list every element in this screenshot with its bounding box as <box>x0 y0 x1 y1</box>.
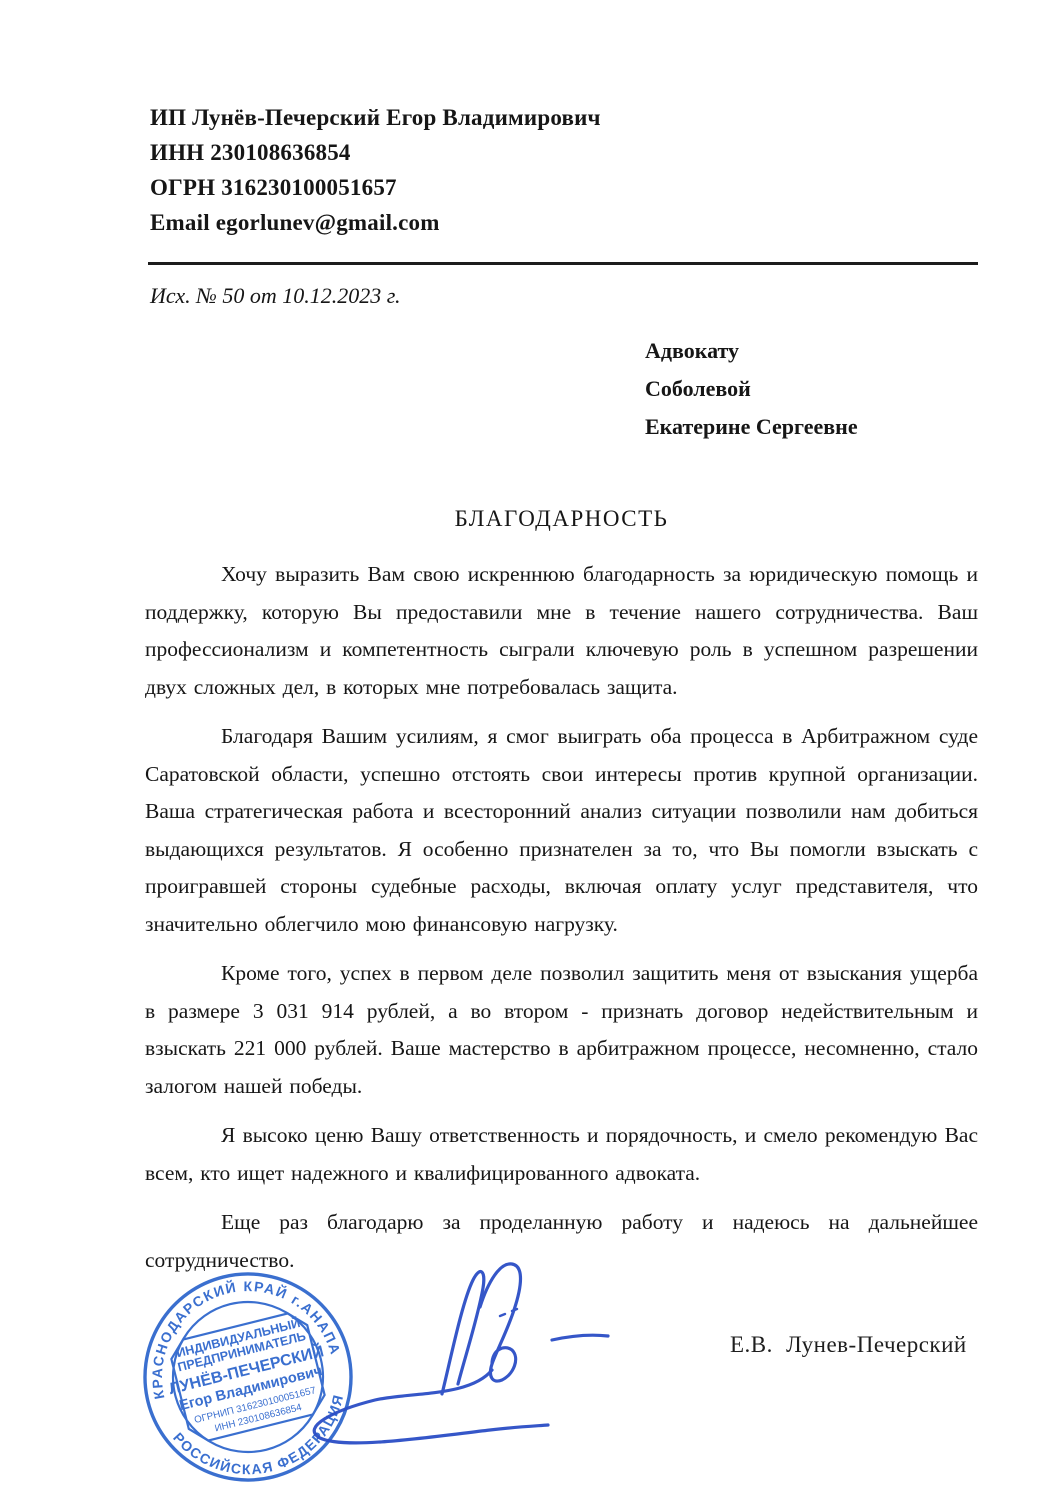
recipient-surname-line: Соболевой <box>645 370 858 408</box>
outgoing-reference: Исх. № 50 от 10.12.2023 г. <box>150 283 401 309</box>
signature-dash <box>552 1335 608 1340</box>
recipient-block: Адвокату Соболевой Екатерине Сергеевне <box>645 332 858 446</box>
letter-body: БЛАГОДАРНОСТЬ Хочу выразить Вам свою иск… <box>145 506 978 1291</box>
letter-title: БЛАГОДАРНОСТЬ <box>145 506 978 532</box>
sender-block: ИП Лунёв-Печерский Егор Владимирович ИНН… <box>150 100 601 240</box>
recipient-name-line: Екатерине Сергеевне <box>645 408 858 446</box>
paragraph-3: Кроме того, успех в первом деле позволил… <box>145 955 978 1105</box>
signature-stroke-2 <box>480 1264 521 1381</box>
paragraph-4: Я высоко ценю Вашу ответственность и пор… <box>145 1117 978 1192</box>
signature-stroke-3 <box>314 1370 548 1443</box>
sender-ogrn-line: ОГРН 316230100051657 <box>150 170 601 205</box>
paragraph-2: Благодаря Вашим усилиям, я смог выиграть… <box>145 718 978 943</box>
sender-email-line: Email egorlunev@gmail.com <box>150 205 601 240</box>
header-divider-rule <box>148 262 978 265</box>
handwritten-signature <box>290 1252 630 1447</box>
signature-stroke-1 <box>442 1272 484 1394</box>
sender-name-line: ИП Лунёв-Печерский Егор Владимирович <box>150 100 601 135</box>
recipient-role-line: Адвокату <box>645 332 858 370</box>
sender-inn-line: ИНН 230108636854 <box>150 135 601 170</box>
scanned-letter-page: ИП Лунёв-Печерский Егор Владимирович ИНН… <box>0 0 1058 1495</box>
paragraph-1: Хочу выразить Вам свою искреннюю благода… <box>145 556 978 706</box>
signer-name: Е.В. Лунев-Печерский <box>730 1332 967 1358</box>
